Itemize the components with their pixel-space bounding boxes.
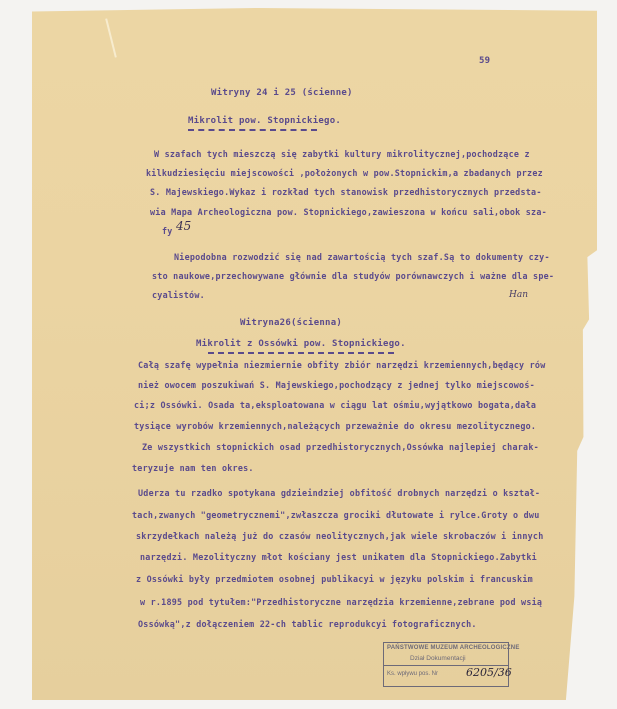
section1-p2-line3: cyalistów. — [152, 290, 205, 300]
section2-p3-line7: Ossówką",z dołączeniem 22-ch tablic repr… — [138, 619, 477, 629]
section2-p1-line1: Całą szafę wypełnia niezmiernie obfity z… — [138, 360, 546, 370]
handwritten-cabinet-number: 45 — [176, 219, 191, 233]
section1-title: Witryny 24 i 25 (ścienne) — [211, 88, 353, 98]
section1-p1-line2: kilkudziesięciu miejscowości ,położonych… — [146, 168, 543, 178]
section2-subtitle: Mikrolit z Ossówki pow. Stopnickiego. — [196, 339, 406, 349]
section1-subtitle-underline — [188, 129, 317, 131]
section1-p1-line3: S. Majewskiego.Wykaz i rozkład tych stan… — [150, 187, 542, 197]
archive-stamp: PAŃSTWOWE MUZEUM ARCHEOLOGICZNE Dział Do… — [383, 642, 509, 687]
section2-title: Witryna26(ścienna) — [240, 318, 342, 328]
stamp-entry-number: 6205/36 — [466, 666, 512, 679]
section1-subtitle: Mikrolit pow. Stopnickiego. — [188, 116, 341, 126]
section2-p3-line1: Uderza tu rzadko spotykana gdzieindziej … — [138, 488, 540, 498]
section1-p2-line1: Niepodobna rozwodzić się nad zawartością… — [174, 252, 550, 262]
section2-p3-line6: w r.1895 pod tytułem:"Przedhistoryczne n… — [140, 597, 542, 607]
paper-crease — [105, 18, 117, 57]
section1-p1-line5: fy — [162, 226, 173, 236]
section2-p1-line4: tysiące wyrobów krzemiennych,należących … — [134, 421, 536, 431]
stamp-entry-label: Ks. wpływu pos. Nr — [387, 671, 438, 677]
section2-p3-line2: tach,zwanych "geometrycznemi",zwłaszcza … — [132, 510, 540, 520]
section1-p1-line1: W szafach tych mieszczą się zabytki kult… — [154, 149, 530, 159]
stamp-institution: PAŃSTWOWE MUZEUM ARCHEOLOGICZNE — [387, 645, 520, 651]
stamp-department: Dział Dokumentacji — [410, 655, 466, 662]
page-number: 59 — [479, 56, 490, 66]
section1-p2-line2: sto naukowe,przechowywane głównie dla st… — [152, 271, 554, 281]
section2-p3-line5: z Ossówki były przedmiotem osobnej publi… — [136, 574, 533, 584]
section1-p1-line4: wia Mapa Archeologiczna pow. Stopnickieg… — [150, 207, 547, 217]
section2-subtitle-underline — [208, 352, 394, 354]
section2-p3-line3: skrzydełkach należą już do czasów neolit… — [136, 531, 544, 541]
section2-p3-line4: narzędzi. Mezolityczny młot kościany jes… — [140, 552, 537, 562]
section2-p1-line3: ci;z Ossówki. Osada ta,eksploatowana w c… — [134, 400, 536, 410]
section2-p1-line2: nież owocem poszukiwań S. Majewskiego,po… — [138, 380, 535, 390]
handwritten-initials: Han — [509, 290, 528, 300]
section2-p2-line2: teryzuje nam ten okres. — [132, 463, 254, 473]
section2-p2-line1: Ze wszystkich stopnickich osad przedhist… — [142, 442, 539, 452]
